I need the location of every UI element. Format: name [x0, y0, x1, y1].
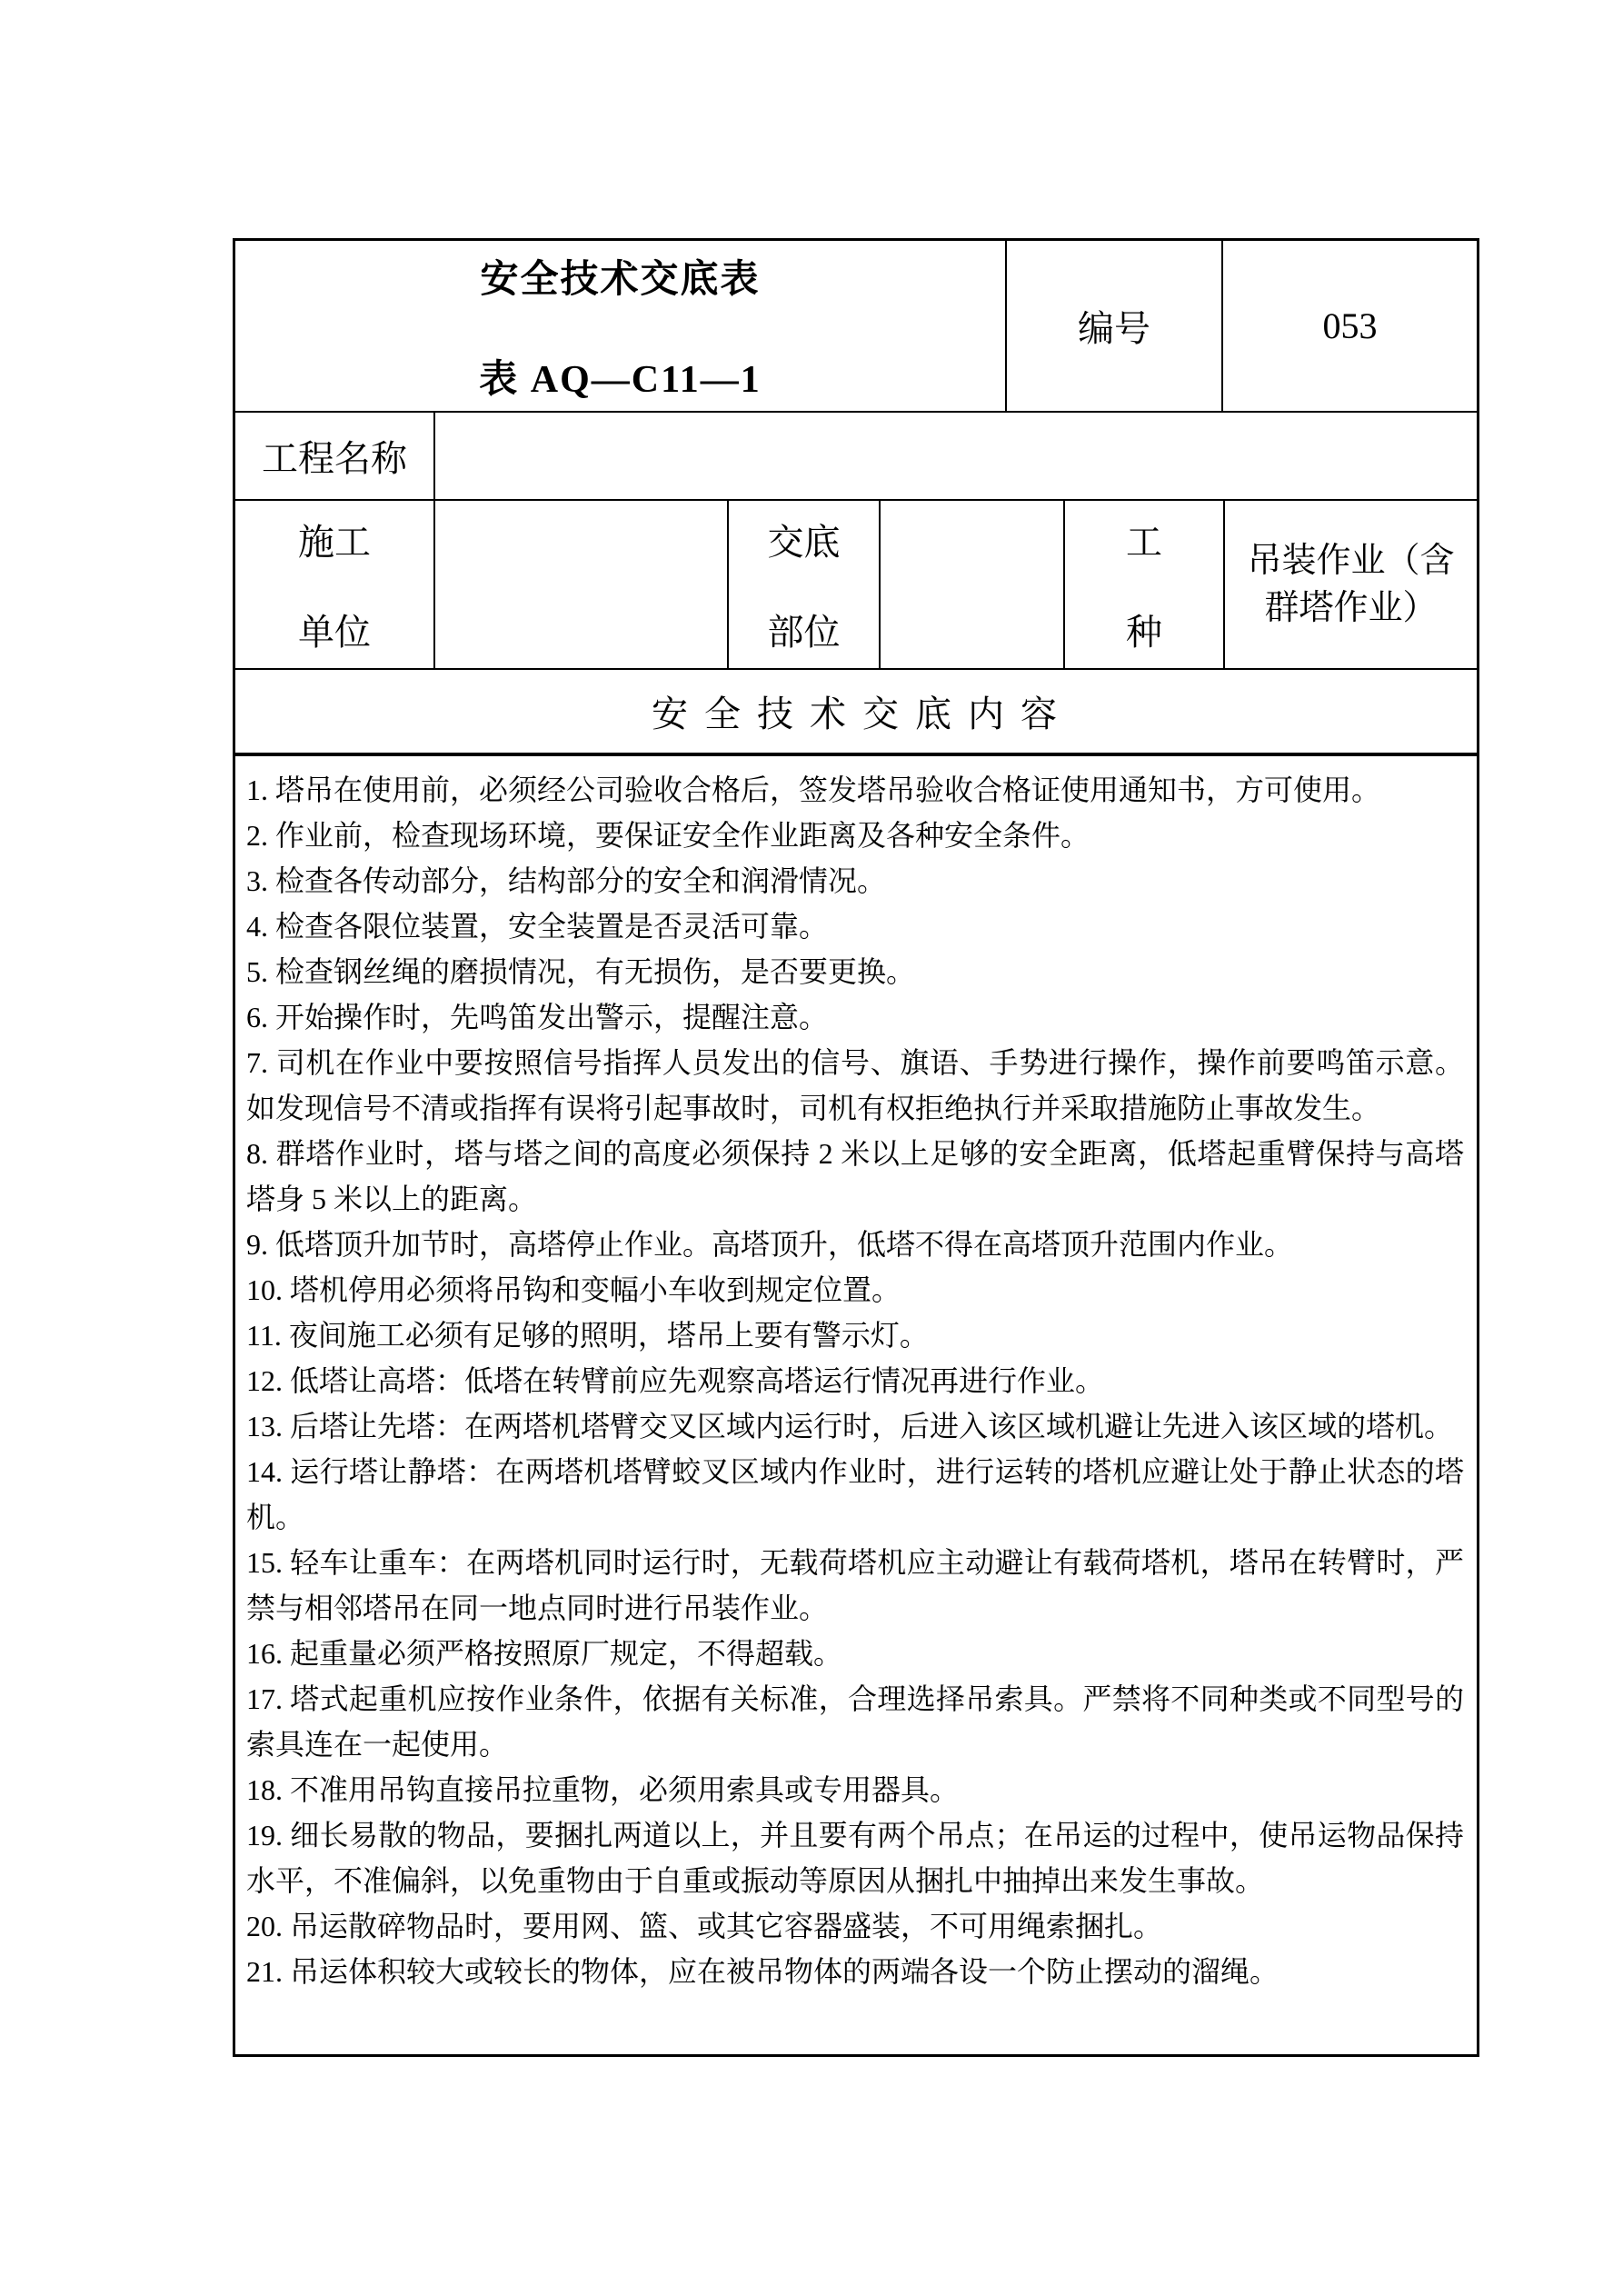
form-code: 表 AQ—C11—1	[479, 349, 762, 404]
disclosure-item: 4. 检查各限位装置，安全装置是否灵活可靠。	[246, 903, 1464, 949]
disclosure-item: 17. 塔式起重机应按作业条件，依据有关标准，合理选择吊索具。严禁将不同种类或不…	[246, 1676, 1464, 1767]
work-type-label-line2: 种	[1126, 604, 1162, 655]
disclosure-item: 21. 吊运体积较大或较长的物体，应在被吊物体的两端各设一个防止摆动的溜绳。	[246, 1949, 1464, 1994]
number-value-cell: 053	[1221, 241, 1477, 411]
disclosure-part-label-cell: 交底 部位	[727, 501, 879, 668]
section-header-row: 安 全 技 术 交 底 内 容	[235, 668, 1477, 753]
number-label: 编号	[1078, 300, 1150, 352]
disclosure-item: 12. 低塔让高塔：低塔在转臂前应先观察高塔运行情况再进行作业。	[246, 1358, 1464, 1403]
work-type-value-cell: 吊装作业（含群塔作业）	[1223, 501, 1477, 668]
disclosure-item: 10. 塔机停用必须将吊钩和变幅小车收到规定位置。	[246, 1267, 1464, 1313]
disclosure-item: 5. 检查钢丝绳的磨损情况，有无损伤，是否要更换。	[246, 949, 1464, 994]
disclosure-item: 9. 低塔顶升加节时，高塔停止作业。高塔顶升，低塔不得在高塔顶升范围内作业。	[246, 1222, 1464, 1267]
title-row: 安全技术交底表 表 AQ—C11—1 编号 053	[235, 241, 1477, 411]
disclosure-item: 15. 轻车让重车：在两塔机同时运行时，无载荷塔机应主动避让有载荷塔机，塔吊在转…	[246, 1540, 1464, 1631]
section-title: 安 全 技 术 交 底 内 容	[652, 685, 1060, 737]
project-name-row: 工程名称	[235, 411, 1477, 499]
content-row: 1. 塔吊在使用前，必须经公司验收合格后，签发塔吊验收合格证使用通知书，方可使用…	[235, 753, 1477, 2054]
work-type-label-line1: 工	[1126, 514, 1162, 565]
disclosure-item: 1. 塔吊在使用前，必须经公司验收合格后，签发塔吊验收合格证使用通知书，方可使用…	[246, 767, 1464, 813]
work-type-value: 吊装作业（含群塔作业）	[1238, 537, 1465, 632]
disclosure-item: 3. 检查各传动部分，结构部分的安全和润滑情况。	[246, 858, 1464, 903]
number-label-cell: 编号	[1005, 241, 1221, 411]
disclosure-item: 8. 群塔作业时，塔与塔之间的高度必须保持 2 米以上足够的安全距离，低塔起重臂…	[246, 1131, 1464, 1222]
project-name-label-cell: 工程名称	[235, 413, 433, 499]
safety-disclosure-form-table: 安全技术交底表 表 AQ—C11—1 编号 053 工程名称 施工 单位	[233, 238, 1479, 2057]
number-value: 053	[1323, 304, 1378, 347]
disclosure-item: 16. 起重量必须严格按照原厂规定，不得超载。	[246, 1631, 1464, 1676]
document-page: 安全技术交底表 表 AQ—C11—1 编号 053 工程名称 施工 单位	[0, 0, 1623, 2296]
construction-unit-value-cell	[433, 501, 727, 668]
project-name-label: 工程名称	[262, 430, 407, 482]
disclosure-part-label-line1: 交底	[768, 514, 841, 565]
disclosure-content-cell: 1. 塔吊在使用前，必须经公司验收合格后，签发塔吊验收合格证使用通知书，方可使用…	[235, 756, 1477, 2054]
construction-unit-label-line1: 施工	[298, 514, 371, 565]
disclosure-item: 18. 不准用吊钩直接吊拉重物，必须用索具或专用器具。	[246, 1767, 1464, 1812]
construction-unit-label-cell: 施工 单位	[235, 501, 433, 668]
disclosure-item: 2. 作业前，检查现场环境，要保证安全作业距离及各种安全条件。	[246, 813, 1464, 858]
project-name-value-cell	[433, 413, 1477, 499]
disclosure-item: 6. 开始操作时，先鸣笛发出警示，提醒注意。	[246, 994, 1464, 1040]
disclosure-item: 20. 吊运散碎物品时，要用网、篮、或其它容器盛装，不可用绳索捆扎。	[246, 1903, 1464, 1949]
construction-unit-label-line2: 单位	[298, 604, 371, 655]
work-type-label-cell: 工 种	[1063, 501, 1223, 668]
disclosure-part-label-line2: 部位	[768, 604, 841, 655]
disclosure-part-value-cell	[879, 501, 1063, 668]
disclosure-item: 19. 细长易散的物品，要捆扎两道以上，并且要有两个吊点；在吊运的过程中，使吊运…	[246, 1812, 1464, 1903]
section-header-cell: 安 全 技 术 交 底 内 容	[235, 670, 1477, 753]
disclosure-item: 11. 夜间施工必须有足够的照明，塔吊上要有警示灯。	[246, 1313, 1464, 1358]
disclosure-item: 13. 后塔让先塔：在两塔机塔臂交叉区域内运行时，后进入该区域机避让先进入该区域…	[246, 1403, 1464, 1449]
disclosure-item: 7. 司机在作业中要按照信号指挥人员发出的信号、旗语、手势进行操作，操作前要鸣笛…	[246, 1040, 1464, 1131]
disclosure-item: 14. 运行塔让静塔：在两塔机塔臂蛟叉区域内作业时，进行运转的塔机应避让处于静止…	[246, 1449, 1464, 1540]
unit-part-worktype-row: 施工 单位 交底 部位 工 种 吊装作业（含群塔作业）	[235, 499, 1477, 668]
form-title-cell: 安全技术交底表 表 AQ—C11—1	[235, 241, 1005, 411]
form-title: 安全技术交底表	[480, 249, 760, 304]
